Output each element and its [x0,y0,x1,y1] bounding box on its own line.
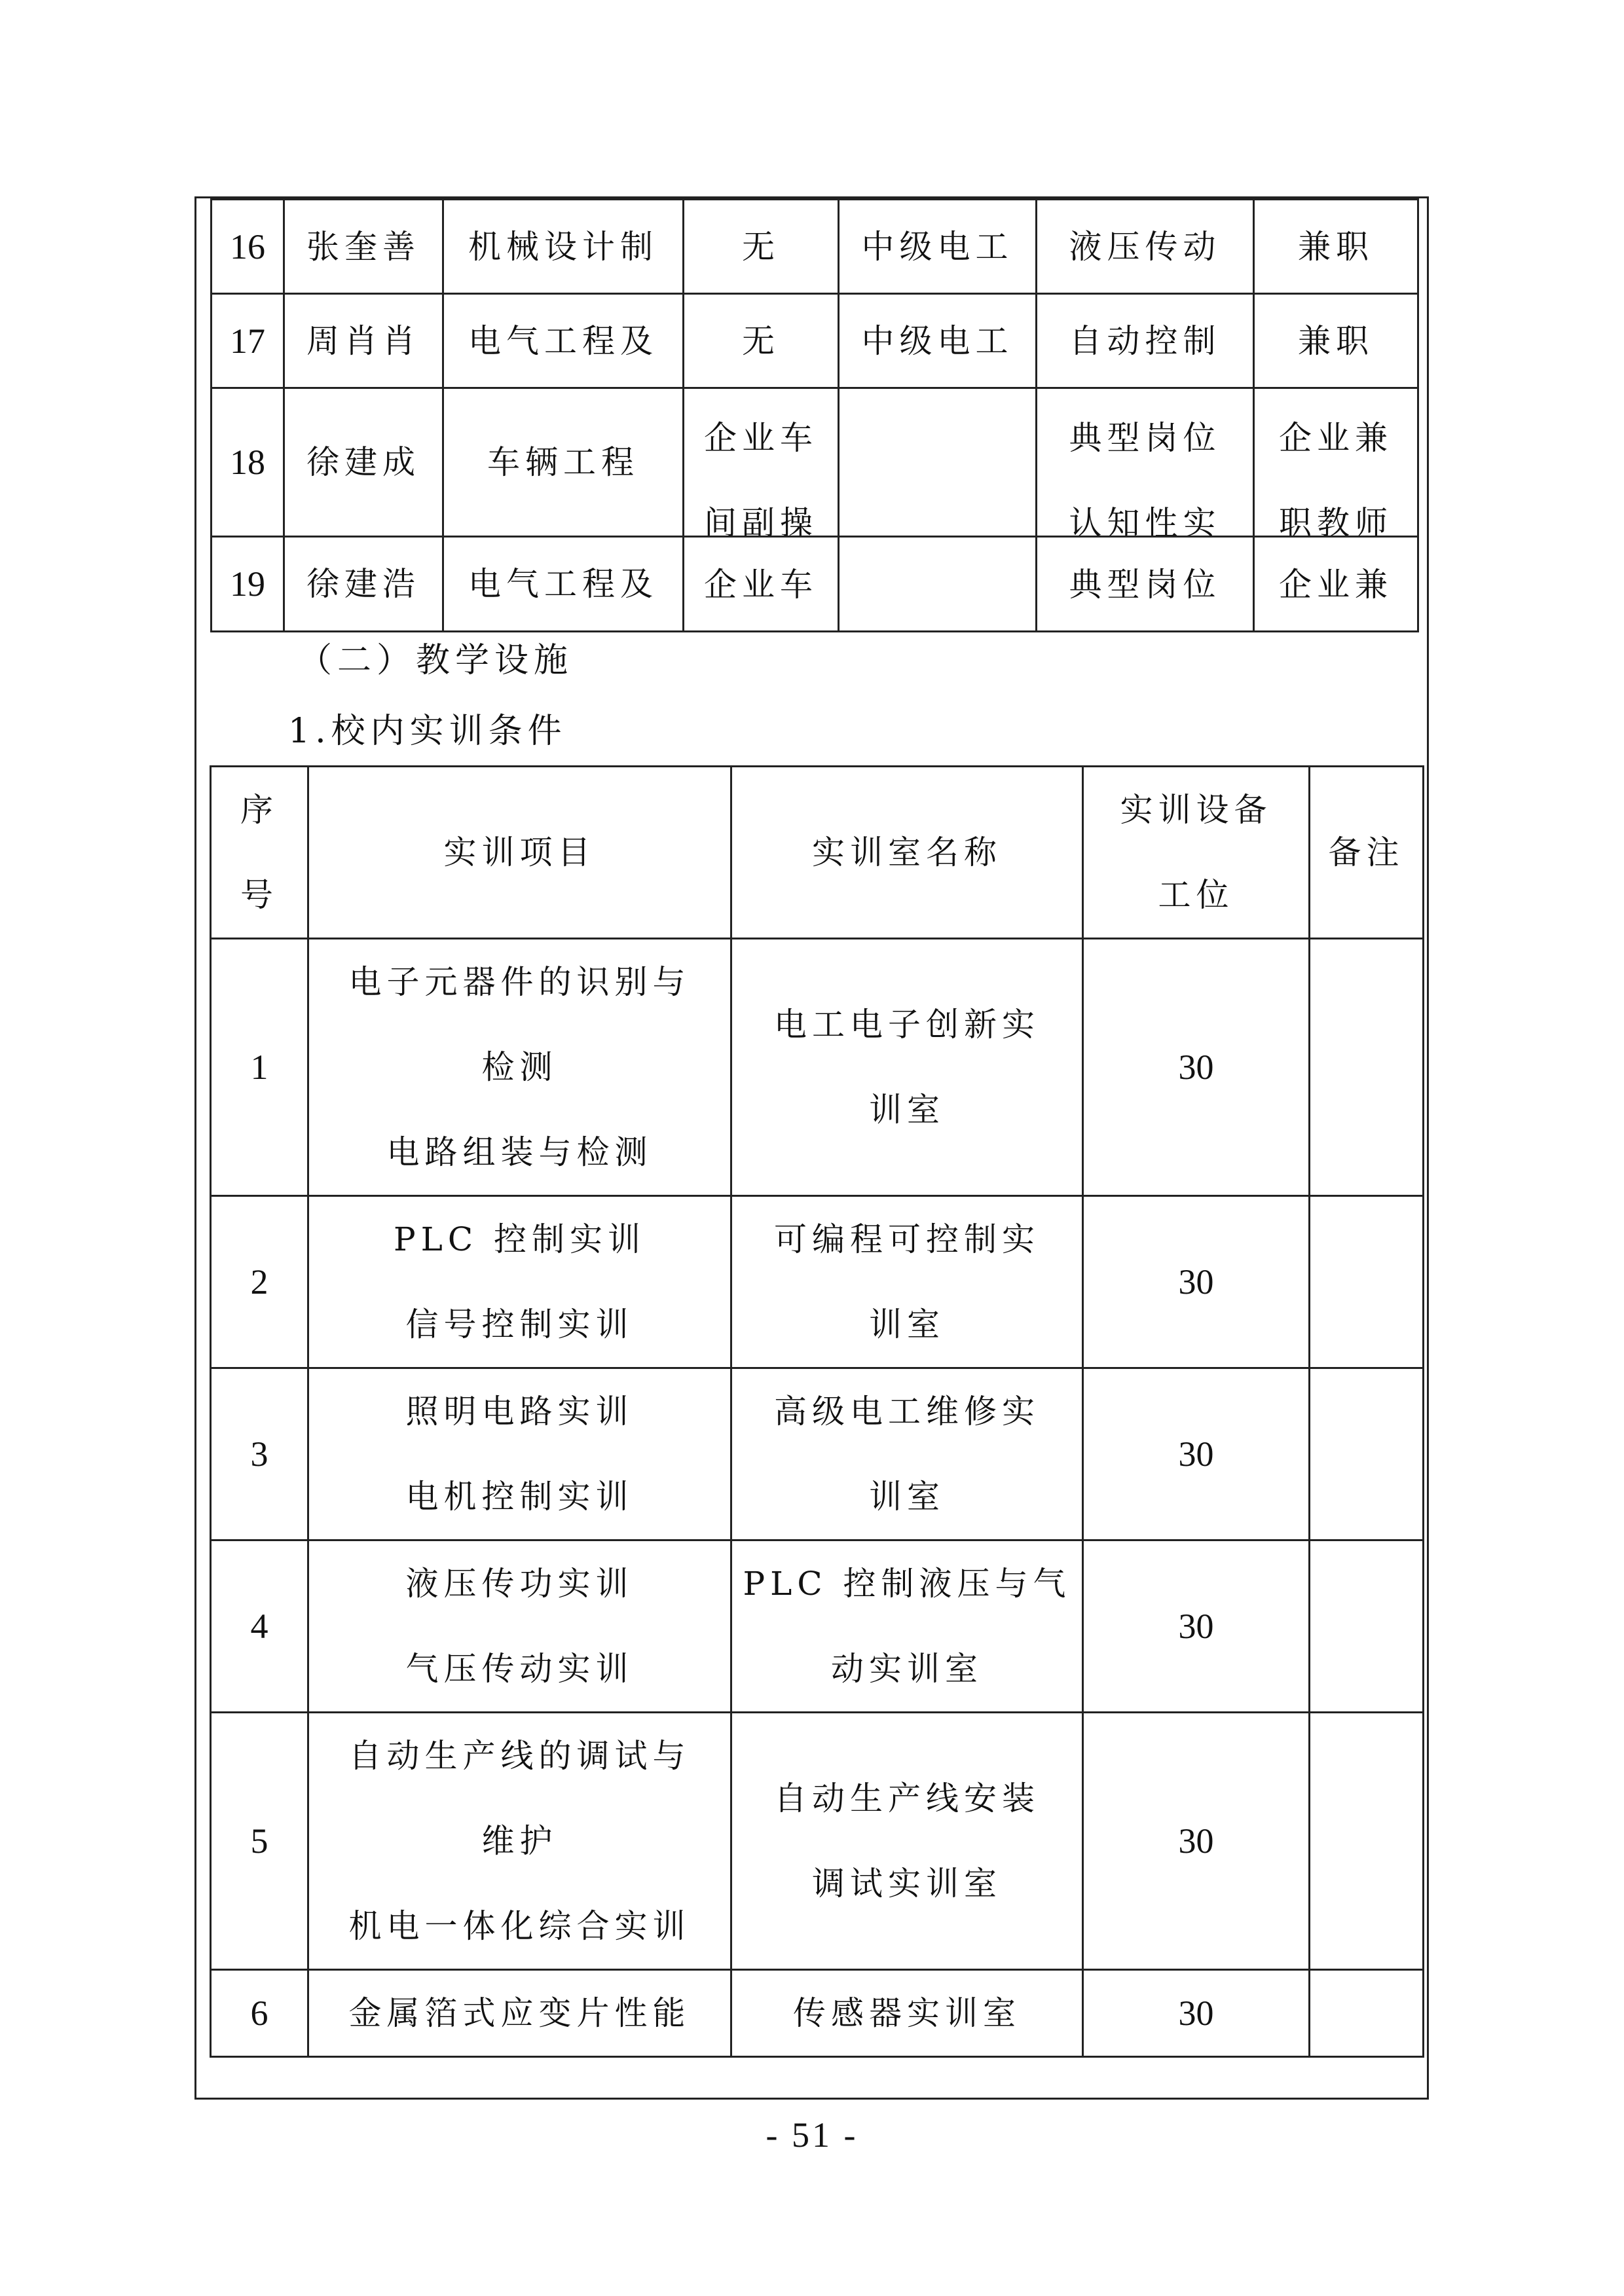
cell-line: 电机控制实训 [309,1454,730,1539]
cell-line: 检测 [309,1025,730,1110]
cell-cert: 中级电工 [839,200,1037,294]
cell-name: 徐建成 [284,388,443,537]
cell-project: 照明电路实训 电机控制实训 [308,1368,731,1540]
header-stations: 实训设备 工位 [1083,767,1310,939]
header-remark: 备注 [1310,767,1424,939]
cell-stations: 30 [1083,1970,1310,2057]
table-row: 5 自动生产线的调试与 维护 机电一体化综合实训 自动生产线安装 调试实训室 3… [211,1713,1424,1970]
cell-project: 自动生产线的调试与 维护 机电一体化综合实训 [308,1713,731,1970]
cell-line: 企业兼 [1255,395,1417,481]
cell-no: 5 [211,1713,308,1970]
cell-project: 金属箔式应变片性能 [308,1970,731,2057]
cell-no: 19 [212,537,284,632]
cell-room: PLC 控制液压与气 动实训室 [731,1540,1083,1713]
header-line: 实训设备 [1084,767,1308,852]
cell-type: 企业兼 职教师 [1254,388,1418,537]
table-row: 16 张奎善 机械设计制 无 中级电工 液压传动 兼职 [212,200,1418,294]
cell-project: 液压传功实训 气压传动实训 [308,1540,731,1713]
cell-clip: 企业兼 职教师 [1255,395,1417,536]
cell-line: 训室 [732,1454,1082,1539]
header-row: 序 号 实训项目 实训室名称 实训设备 工位 备注 [211,767,1424,939]
cell-line: 气压传动实训 [309,1626,730,1711]
cell-title: 无 [684,200,839,294]
cell-type: 兼职 [1254,294,1418,388]
page-number: - 51 - [0,2115,1624,2155]
table-row: 2 PLC 控制实训 信号控制实训 可编程可控制实 训室 30 [211,1196,1424,1368]
header-no: 序 号 [211,767,308,939]
cell-room: 高级电工维修实 训室 [731,1368,1083,1540]
cell-room: 可编程可控制实 训室 [731,1196,1083,1368]
cell-project: 电子元器件的识别与 检测 电路组装与检测 [308,939,731,1196]
cell-cert [839,388,1037,537]
table-row: 17 周肖肖 电气工程及 无 中级电工 自动控制 兼职 [212,294,1418,388]
cell-line: 机电一体化综合实训 [309,1884,730,1969]
table-row: 18 徐建成 车辆工程 企业车 间副操 典型岗位 认知性实 企业兼 职教师 [212,388,1418,537]
cell-stations: 30 [1083,1196,1310,1368]
cell-line: 训室 [732,1282,1082,1367]
cell-remark [1310,1540,1424,1713]
cell-major: 电气工程及 [443,537,684,632]
cell-room: 自动生产线安装 调试实训室 [731,1713,1083,1970]
cell-line: 认知性实 [1037,481,1253,536]
header-project: 实训项目 [308,767,731,939]
cell-type: 兼职 [1254,200,1418,294]
cell-no: 18 [212,388,284,537]
cell-name: 徐建浩 [284,537,443,632]
cell-type: 企业兼 [1254,537,1418,632]
cell-line: 液压传功实训 [309,1541,730,1626]
cell-line: 电路组装与检测 [309,1110,730,1195]
cell-no: 16 [212,200,284,294]
cell-no: 1 [211,939,308,1196]
training-conditions-table: 序 号 实训项目 实训室名称 实训设备 工位 备注 1 电子元器件的识别与 检测… [210,765,1424,2058]
cell-no: 2 [211,1196,308,1368]
cell-line: PLC 控制液压与气 [732,1541,1082,1626]
cell-cert [839,537,1037,632]
cell-title: 企业车 [684,537,839,632]
cell-remark [1310,1970,1424,2057]
cell-title: 企业车 间副操 [684,388,839,537]
cell-stations: 30 [1083,1713,1310,1970]
cell-line: 调试实训室 [732,1841,1082,1926]
cell-stations: 30 [1083,939,1310,1196]
cell-line: 维护 [309,1798,730,1884]
cell-line: 可编程可控制实 [732,1197,1082,1282]
cell-line: 动实训室 [732,1626,1082,1711]
cell-line: 典型岗位 [1037,395,1253,481]
staff-table: 16 张奎善 机械设计制 无 中级电工 液压传动 兼职 17 周肖肖 电气工程及… [210,198,1419,632]
cell-major: 机械设计制 [443,200,684,294]
cell-no: 3 [211,1368,308,1540]
cell-course: 自动控制 [1037,294,1254,388]
cell-remark [1310,939,1424,1196]
cell-course: 液压传动 [1037,200,1254,294]
cell-line: 信号控制实训 [309,1282,730,1367]
cell-line: 间副操 [684,481,838,536]
cell-line: 训室 [732,1067,1082,1152]
cell-name: 张奎善 [284,200,443,294]
cell-major: 车辆工程 [443,388,684,537]
header-line: 号 [212,852,307,938]
cell-stations: 30 [1083,1540,1310,1713]
cell-project: PLC 控制实训 信号控制实训 [308,1196,731,1368]
section-heading: （二）教学设施 [298,632,573,682]
cell-remark [1310,1368,1424,1540]
table-row: 6 金属箔式应变片性能 传感器实训室 30 [211,1970,1424,2057]
subsection-heading: 1.校内实训条件 [288,703,567,752]
cell-no: 6 [211,1970,308,2057]
cell-course: 典型岗位 [1037,537,1254,632]
cell-line: 照明电路实训 [309,1369,730,1454]
cell-line: 电子元器件的识别与 [309,939,730,1025]
cell-remark [1310,1713,1424,1970]
cell-no: 4 [211,1540,308,1713]
table-row: 3 照明电路实训 电机控制实训 高级电工维修实 训室 30 [211,1368,1424,1540]
cell-line: PLC 控制实训 [309,1197,730,1282]
cell-name: 周肖肖 [284,294,443,388]
header-line: 序 [212,767,307,852]
cell-line: 自动生产线的调试与 [309,1713,730,1798]
cell-line: 企业车 [684,395,838,481]
cell-room: 传感器实训室 [731,1970,1083,2057]
table-row: 1 电子元器件的识别与 检测 电路组装与检测 电工电子创新实 训室 30 [211,939,1424,1196]
cell-line: 自动生产线安装 [732,1756,1082,1841]
table-row: 19 徐建浩 电气工程及 企业车 典型岗位 企业兼 [212,537,1418,632]
cell-stations: 30 [1083,1368,1310,1540]
cell-line: 职教师 [1255,481,1417,536]
cell-major: 电气工程及 [443,294,684,388]
cell-room: 电工电子创新实 训室 [731,939,1083,1196]
cell-no: 17 [212,294,284,388]
cell-cert: 中级电工 [839,294,1037,388]
header-room: 实训室名称 [731,767,1083,939]
cell-clip: 企业车 间副操 [684,395,838,536]
cell-clip: 典型岗位 认知性实 [1037,395,1253,536]
cell-course: 典型岗位 认知性实 [1037,388,1254,537]
header-line: 工位 [1084,852,1308,938]
cell-title: 无 [684,294,839,388]
cell-line: 电工电子创新实 [732,982,1082,1067]
cell-line: 高级电工维修实 [732,1369,1082,1454]
table-row: 4 液压传功实训 气压传动实训 PLC 控制液压与气 动实训室 30 [211,1540,1424,1713]
cell-remark [1310,1196,1424,1368]
